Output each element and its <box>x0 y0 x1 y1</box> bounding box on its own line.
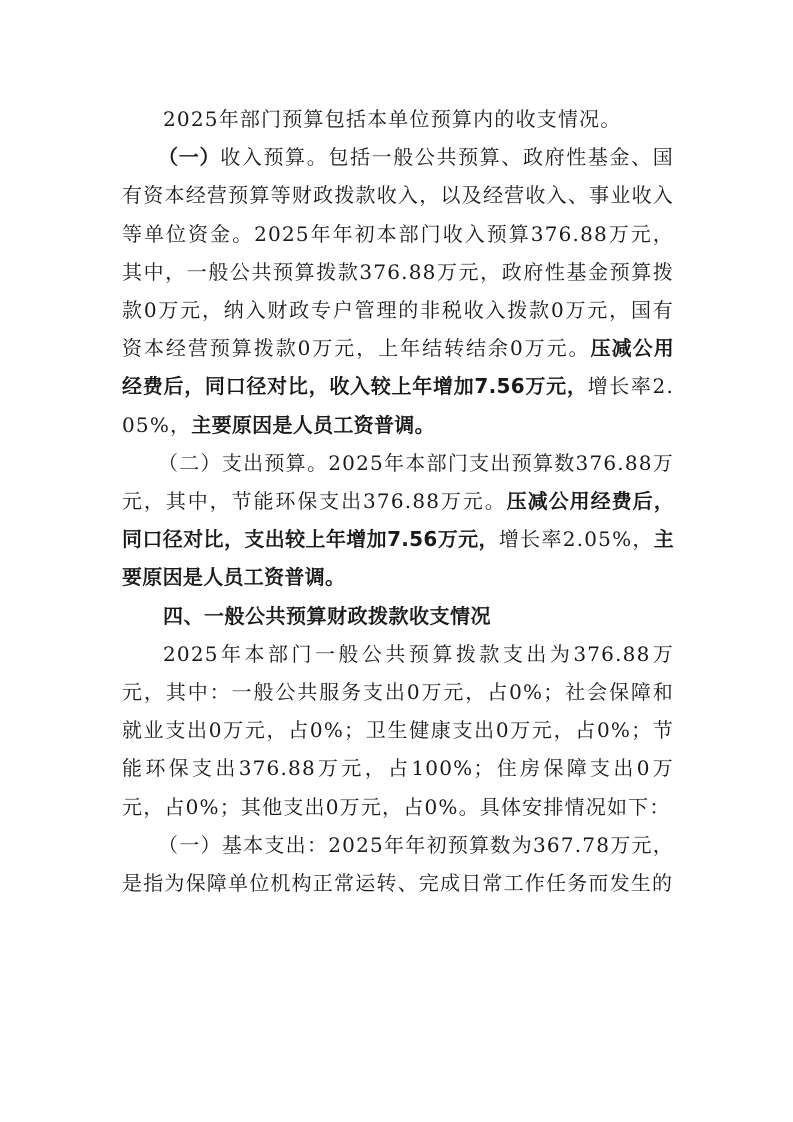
income-body-text: 收入预算。包括一般公共预算、政府性基金、国有资本经营预算等财政拨款收入，以及经营… <box>122 145 674 360</box>
income-reason-bold: 主要原因是人员工资普调。 <box>191 413 435 437</box>
section-heading: 四、一般公共预算财政拨款收支情况 <box>122 597 674 635</box>
intro-paragraph: 2025年部门预算包括本单位预算内的收支情况。 <box>122 100 674 138</box>
income-section-label: （一） <box>158 145 220 169</box>
income-budget-paragraph: （一）收入预算。包括一般公共预算、政府性基金、国有资本经营预算等财政拨款收入，以… <box>122 138 674 444</box>
general-budget-paragraph: 2025年本部门一般公共预算拨款支出为376.88万元，其中：一般公共服务支出0… <box>122 635 674 826</box>
expense-growth-rate: 增长率2.05%， <box>499 527 654 551</box>
basic-expense-text: （一）基本支出：2025年年初预算数为367.78万元，是指为保障单位机构正常运… <box>122 833 674 895</box>
document-page: 2025年部门预算包括本单位预算内的收支情况。 （一）收入预算。包括一般公共预算… <box>122 100 674 902</box>
general-budget-text: 2025年本部门一般公共预算拨款支出为376.88万元，其中：一般公共服务支出0… <box>122 642 674 819</box>
expense-budget-paragraph: （二）支出预算。2025年本部门支出预算数376.88万元，其中，节能环保支出3… <box>122 444 674 597</box>
intro-text: 2025年部门预算包括本单位预算内的收支情况。 <box>163 107 622 131</box>
basic-expense-paragraph: （一）基本支出：2025年年初预算数为367.78万元，是指为保障单位机构正常运… <box>122 826 674 902</box>
